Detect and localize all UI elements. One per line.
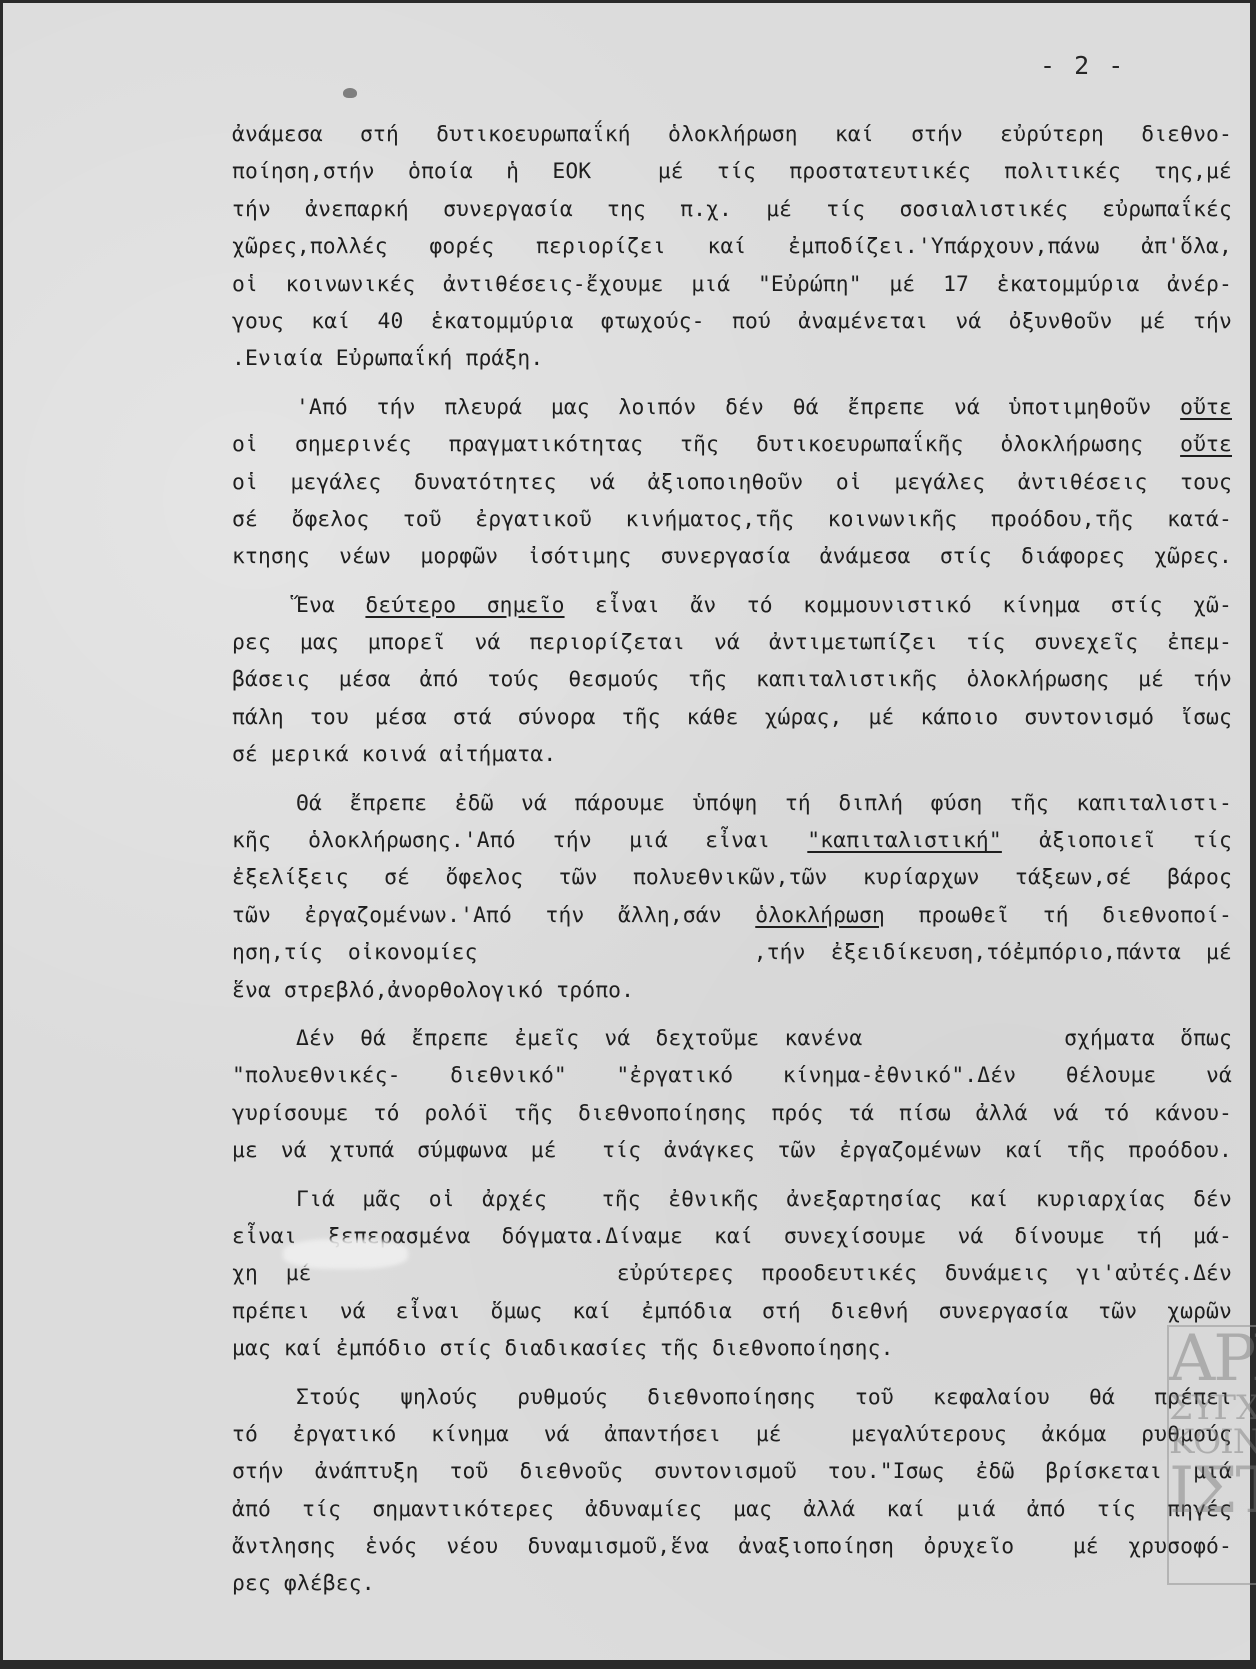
text-line: .Ενιαία Εὐρωπαΐκή πράξη. <box>232 340 1232 377</box>
text-run: ἀξιοποιεῖ τίς <box>1002 828 1232 853</box>
correction-fluid-patch <box>283 1239 408 1269</box>
text-run: 'Από τήν πλευρά μας λοιπόν δέν θά ἔπρεπε… <box>296 395 1180 420</box>
watermark-line: ΣΥΓΧΡΟΝΗΣ <box>1169 1391 1256 1425</box>
text-line: Θά ἔπρεπε ἐδῶ νά πάρουμε ὑπόψη τή διπλή … <box>232 785 1232 822</box>
underlined-phrase: δεύτερο σημεῖο <box>365 593 564 618</box>
document-page: - 2 - ἀνάμεσα στή δυτικοευρωπαΐκή ὁλοκλή… <box>3 3 1250 1660</box>
paragraph-1: ἀνάμεσα στή δυτικοευρωπαΐκή ὁλοκλήρωση κ… <box>232 116 1232 378</box>
paragraph-4: Θά ἔπρεπε ἐδῶ νά πάρουμε ὑπόψη τή διπλή … <box>232 785 1232 1009</box>
document-body: ἀνάμεσα στή δυτικοευρωπαΐκή ὁλοκλήρωση κ… <box>232 116 1232 1614</box>
archive-watermark: ΑΡΧΕΙΑ ΣΥΓΧΡΟΝΗΣ ΚΟΙΝΩΝΙΚΗΣ ΙΣΤΟΡΙΑΣ <box>1167 1325 1256 1585</box>
text-line: ηση,τίς οἰκονομίες ,τήν ἐξειδίκευση,τόἐμ… <box>232 934 1232 971</box>
text-line: τήν ἀνεπαρκή συνεργασία της π.χ. μέ τίς … <box>232 191 1232 228</box>
text-line: γους καί 40 ἑκατομμύρια φτωχούς- πού ἀνα… <box>232 303 1232 340</box>
paragraph-3: Ἕνα δεύτερο σημεῖο εἶναι ἄν τό κομμουνισ… <box>232 587 1232 774</box>
text-line: τό ἐργατικό κίνημα νά ἀπαντήσει μέ μεγαλ… <box>232 1416 1232 1453</box>
text-line: "πολυεθνικές- διεθνικό" "ἐργατικό κίνημα… <box>232 1057 1232 1094</box>
text-line: στήν ἀνάπτυξη τοῦ διεθνοῦς συντονισμοῦ τ… <box>232 1453 1232 1490</box>
text-line: με νά χτυπά σύμφωνα μέ τίς ἀνάγκες τῶν ἐ… <box>232 1132 1232 1169</box>
text-line: ποίηση,στήν ὁποία ἡ ΕΟΚ μέ τίς προστατευ… <box>232 153 1232 190</box>
text-line: ἐξελίξεις σέ ὄφελος τῶν πολυεθνικῶν,τῶν … <box>232 859 1232 896</box>
text-run: εἶναι ἄν τό κομμουνιστικό κίνημα στίς χῶ… <box>565 593 1232 618</box>
text-line: κῆς ὁλοκλήρωσης.'Από τήν μιά εἶναι "καπι… <box>232 822 1232 859</box>
text-line: σέ ὄφελος τοῦ ἐργατικοῦ κινήματος,τῆς κο… <box>232 501 1232 538</box>
text-line: ἀνάμεσα στή δυτικοευρωπαΐκή ὁλοκλήρωση κ… <box>232 116 1232 153</box>
text-line: σέ μερικά κοινά αἰτήματα. <box>232 736 1232 773</box>
text-line: μας καί ἐμπόδιο στίς διαδικασίες τῆς διε… <box>232 1330 1232 1367</box>
text-run: προωθεῖ τή διεθνοποί- <box>885 903 1232 928</box>
text-line: 'Από τήν πλευρά μας λοιπόν δέν θά ἔπρεπε… <box>232 389 1232 426</box>
text-line: Στούς ψηλούς ρυθμούς διεθνοποίησης τοῦ κ… <box>232 1379 1232 1416</box>
text-line: οἱ κοινωνικές ἀντιθέσεις-ἔχουμε μιά "Εὐρ… <box>232 266 1232 303</box>
text-line: ἄντλησης ἑνός νέου δυναμισμοῦ,ἕνα ἀναξιο… <box>232 1528 1232 1565</box>
page-number: - 2 - <box>1040 51 1125 80</box>
text-run: τῶν ἐργαζομένων.'Από τήν ἄλλη,σάν <box>232 903 755 928</box>
text-run: Ἕνα <box>296 593 365 618</box>
text-line: τῶν ἐργαζομένων.'Από τήν ἄλλη,σάν ὁλοκλή… <box>232 897 1232 934</box>
underlined-word: οὔτε <box>1180 395 1232 420</box>
underlined-word: οὔτε <box>1180 432 1232 457</box>
text-line: οἱ σημερινές πραγματικότητας τῆς δυτικοε… <box>232 426 1232 463</box>
text-line: κτησης νέων μορφῶν ἰσότιμης συνεργασία ἀ… <box>232 538 1232 575</box>
watermark-line: ΙΣΤΟΡΙΑΣ <box>1169 1459 1256 1523</box>
paragraph-5: Δέν θά ἔπρεπε ἐμεῖς νά δεχτοῦμε κανένα σ… <box>232 1020 1232 1170</box>
text-line: πάλη του μέσα στά σύνορα τῆς κάθε χώρας,… <box>232 699 1232 736</box>
text-line: οἱ μεγάλες δυνατότητες νά ἀξιοποιηθοῦν ο… <box>232 464 1232 501</box>
underlined-word: "καπιταλιστική" <box>807 828 1002 853</box>
text-line: πρέπει νά εἶναι ὅμως καί ἐμπόδια στή διε… <box>232 1293 1232 1330</box>
text-line: ρες φλέβες. <box>232 1565 1232 1602</box>
underlined-word: ὁλοκλήρωση <box>755 903 885 928</box>
text-line: ἀπό τίς σημαντικότερες ἀδυναμίες μας ἀλλ… <box>232 1491 1232 1528</box>
paragraph-6: Γιά μᾶς οἱ ἀρχές τῆς ἐθνικῆς ἀνεξαρτησία… <box>232 1181 1232 1368</box>
watermark-line: ΑΡΧΕΙΑ <box>1169 1327 1256 1391</box>
paragraph-7: Στούς ψηλούς ρυθμούς διεθνοποίησης τοῦ κ… <box>232 1379 1232 1603</box>
text-line: ρες μας μπορεῖ νά περιορίζεται νά ἀντιμε… <box>232 624 1232 661</box>
text-line: Ἕνα δεύτερο σημεῖο εἶναι ἄν τό κομμουνισ… <box>232 587 1232 624</box>
text-line: βάσεις μέσα ἀπό τούς θεσμούς τῆς καπιταλ… <box>232 661 1232 698</box>
text-line: γυρίσουμε τό ρολόϊ τῆς διεθνοποίησης πρό… <box>232 1095 1232 1132</box>
text-line: χῶρες,πολλές φορές περιορίζει καί ἐμποδί… <box>232 228 1232 265</box>
text-line: Δέν θά ἔπρεπε ἐμεῖς νά δεχτοῦμε κανένα σ… <box>232 1020 1232 1057</box>
ink-smudge <box>343 88 357 98</box>
paragraph-2: 'Από τήν πλευρά μας λοιπόν δέν θά ἔπρεπε… <box>232 389 1232 576</box>
text-run: κῆς ὁλοκλήρωσης.'Από τήν μιά εἶναι <box>232 828 807 853</box>
text-run: οἱ σημερινές πραγματικότητας τῆς δυτικοε… <box>232 432 1180 457</box>
text-line: Γιά μᾶς οἱ ἀρχές τῆς ἐθνικῆς ἀνεξαρτησία… <box>232 1181 1232 1218</box>
text-line: ἕνα στρεβλό,ἀνορθολογικό τρόπο. <box>232 972 1232 1009</box>
